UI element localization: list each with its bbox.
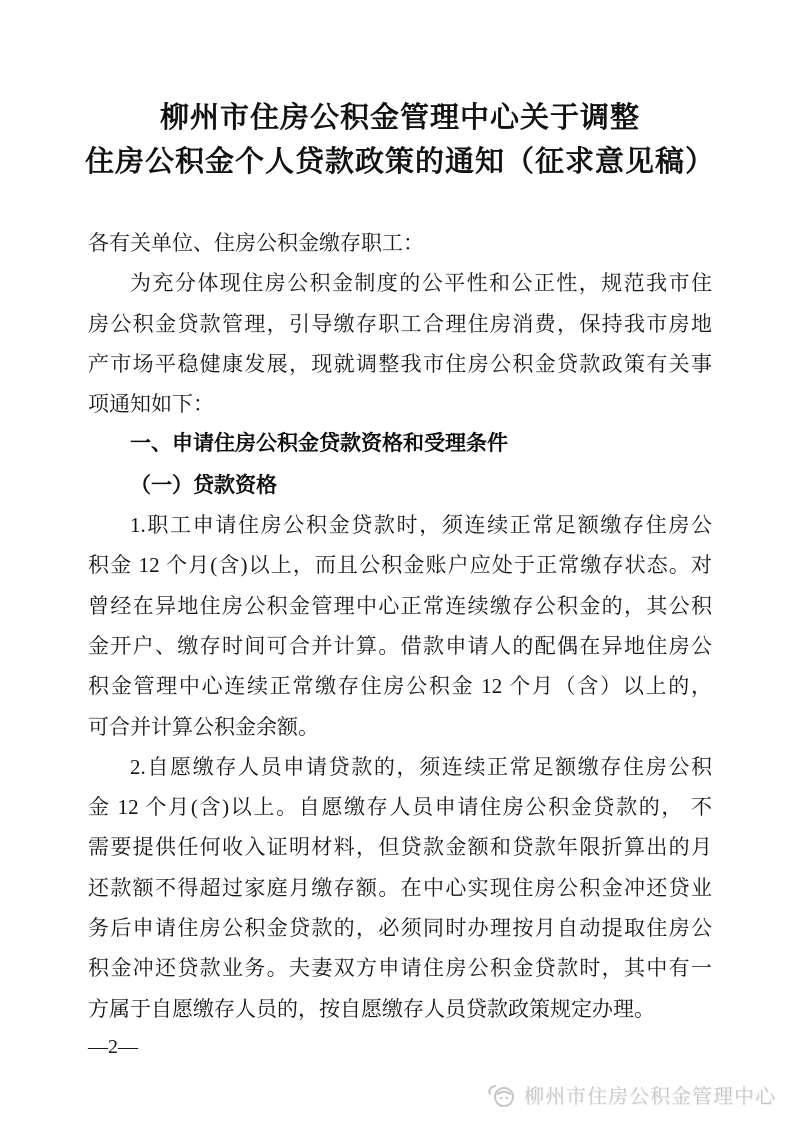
- intro-line: 项通知如下：: [88, 384, 712, 424]
- watermark-text: 柳州市住房公积金管理中心: [524, 1080, 776, 1109]
- title-line-2: 住房公积金个人贷款政策的通知（征求意见稿）: [0, 140, 800, 184]
- item-2-line: 方属于自愿缴存人员的，按自愿缴存人员贷款政策规定办理。: [88, 989, 712, 1029]
- salutation-line: 各有关单位、住房公积金缴存职工：: [88, 223, 712, 263]
- item-2-line: 务后申请住房公积金贷款的，必须同时办理按月自动提取住房公: [88, 908, 712, 948]
- intro-line: 产市场平稳健康发展，现就调整我市住房公积金贷款政策有关事: [88, 344, 712, 384]
- item-2-line: 金 12 个月(含)以上。自愿缴存人员申请住房公积金贷款的， 不: [88, 787, 712, 827]
- watermark-logo-icon: [486, 1081, 518, 1109]
- item-2-line: 积金冲还贷款业务。夫妻双方申请住房公积金贷款时，其中有一: [88, 948, 712, 988]
- section-1-sub-1-heading: （一）贷款资格: [88, 465, 712, 505]
- item-2-line: 还款额不得超过家庭月缴存额。在中心实现住房公积金冲还贷业: [88, 868, 712, 908]
- item-1-line: 金开户、缴存时间可合并计算。借款申请人的配偶在异地住房公: [88, 626, 712, 666]
- item-1-line: 1.职工申请住房公积金贷款时，须连续正常足额缴存住房公: [88, 505, 712, 545]
- document-body: 各有关单位、住房公积金缴存职工： 为充分体现住房公积金制度的公平性和公正性，规范…: [88, 223, 712, 1029]
- item-2-line: 2.自愿缴存人员申请贷款的，须连续正常足额缴存住房公积: [88, 747, 712, 787]
- document-title: 柳州市住房公积金管理中心关于调整 住房公积金个人贷款政策的通知（征求意见稿）: [0, 0, 800, 184]
- intro-line: 房公积金贷款管理，引导缴存职工合理住房消费，保持我市房地: [88, 304, 712, 344]
- page-number: —2—: [88, 1036, 138, 1059]
- item-1-line: 可合并计算公积金余额。: [88, 707, 712, 747]
- watermark: 柳州市住房公积金管理中心: [486, 1080, 776, 1109]
- intro-line: 为充分体现住房公积金制度的公平性和公正性，规范我市住: [88, 263, 712, 303]
- document-page: 柳州市住房公积金管理中心关于调整 住房公积金个人贷款政策的通知（征求意见稿） 各…: [0, 0, 800, 1131]
- title-line-1: 柳州市住房公积金管理中心关于调整: [0, 96, 800, 140]
- item-1-line: 积金 12 个月(含)以上，而且公积金账户应处于正常缴存状态。对: [88, 545, 712, 585]
- section-1-heading: 一、申请住房公积金贷款资格和受理条件: [88, 424, 712, 464]
- item-2-line: 需要提供任何收入证明材料，但贷款金额和贷款年限折算出的月: [88, 827, 712, 867]
- item-1-line: 积金管理中心连续正常缴存住房公积金 12 个月（含）以上的，: [88, 666, 712, 706]
- item-1-line: 曾经在异地住房公积金管理中心正常连续缴存公积金的，其公积: [88, 586, 712, 626]
